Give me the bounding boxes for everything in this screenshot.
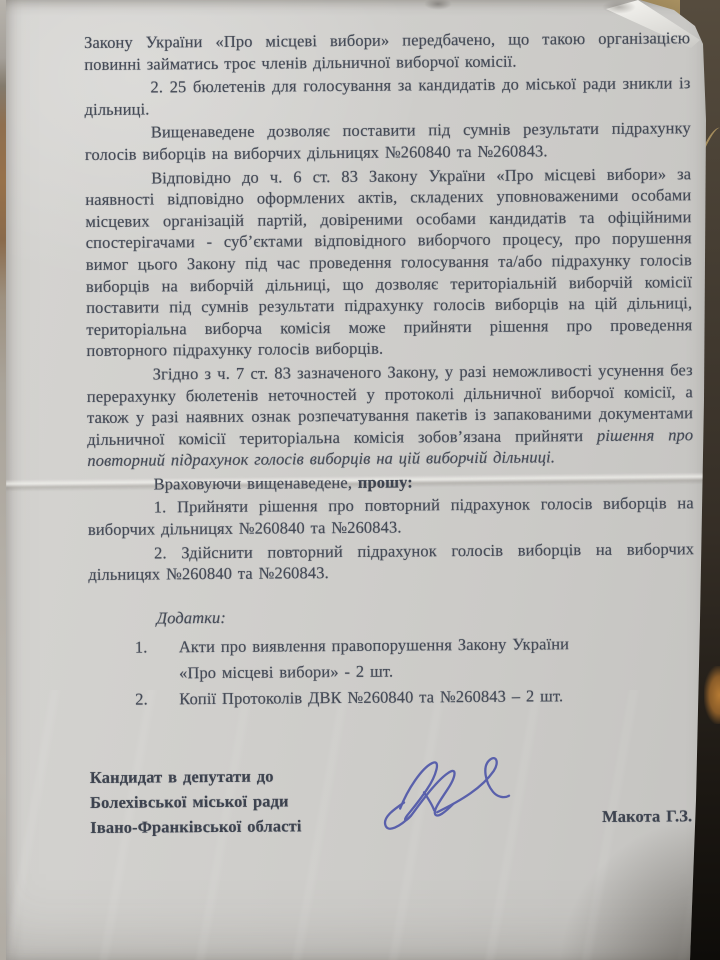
attachments-title: Додатки: (157, 601, 695, 631)
attachment-number: 1. (135, 634, 179, 686)
signer-name: Макота Г.З. (602, 805, 696, 835)
photo-backdrop: Закону України «Про місцеві вибори» пере… (0, 0, 720, 960)
paper-smudge (424, 0, 452, 10)
signature-block: Кандидат в депутати до Болехівської місь… (90, 760, 697, 840)
attachments-section: Додатки: 1. Акти про виявлення правопору… (89, 601, 696, 713)
signer-position-line: Івано-Франківської області (90, 813, 301, 840)
attachment-text: Акти про виявлення правопорушення Закону… (179, 630, 695, 686)
paragraph-law-part6: Відповідно до ч. 6 ст. 83 Закону України… (85, 163, 693, 362)
paragraph-law-part7: Згідно з ч. 7 ст. 83 зазначеного Закону,… (87, 359, 694, 472)
attachment-text: Копії Протоколів ДВК №260840 та №260843 … (179, 682, 695, 712)
request-text: 1. Прийняти рішення про повторний підрах… (88, 494, 694, 539)
signer-position-line: Болехівської міської ради (90, 788, 301, 815)
request-intro-lead: Враховуючи вищенаведене, (153, 473, 357, 494)
attachment-number: 2. (135, 686, 179, 712)
paper-smudge (602, 0, 636, 14)
request-intro-emphasis: прошу: (358, 472, 413, 491)
paragraph-text: 2. 25 бюлетенів для голосування за канди… (85, 73, 691, 118)
request-text: 2. Здійснити повторний підрахунок голосі… (88, 539, 694, 584)
paragraph-continuation: Закону України «Про місцеві вибори» пере… (84, 27, 690, 75)
attachment-item: 1. Акти про виявлення правопорушення Зак… (135, 630, 695, 686)
request-item-1: 1. Прийняти рішення про повторний підрах… (88, 493, 694, 541)
backdrop-wood-highlight (704, 666, 720, 724)
paragraph-text: Закону України «Про місцеві вибори» пере… (84, 28, 690, 73)
paragraph-doubt-results: Вищенаведене дозволяє поставити під сумн… (85, 118, 691, 166)
paragraph-missing-ballots: 2. 25 бюлетенів для голосування за канди… (84, 72, 690, 120)
document-body: Закону України «Про місцеві вибори» пере… (84, 25, 696, 840)
request-item-2: 2. Здійснити повторний підрахунок голосі… (88, 538, 694, 586)
paragraph-text: Вищенаведене дозволяє поставити під сумн… (85, 119, 691, 164)
signature-ink (376, 745, 537, 838)
document-page: Закону України «Про місцеві вибори» пере… (6, 0, 720, 960)
attachment-item: 2. Копії Протоколів ДВК №260840 та №2608… (135, 682, 695, 712)
signer-position-line: Кандидат в депутати до (90, 763, 301, 790)
request-intro: Враховуючи вищенаведене, прошу: (87, 469, 693, 495)
paragraph-text: Відповідно до ч. 6 ст. 83 Закону України… (85, 164, 692, 361)
signer-position: Кандидат в депутати до Болехівської місь… (90, 763, 302, 840)
